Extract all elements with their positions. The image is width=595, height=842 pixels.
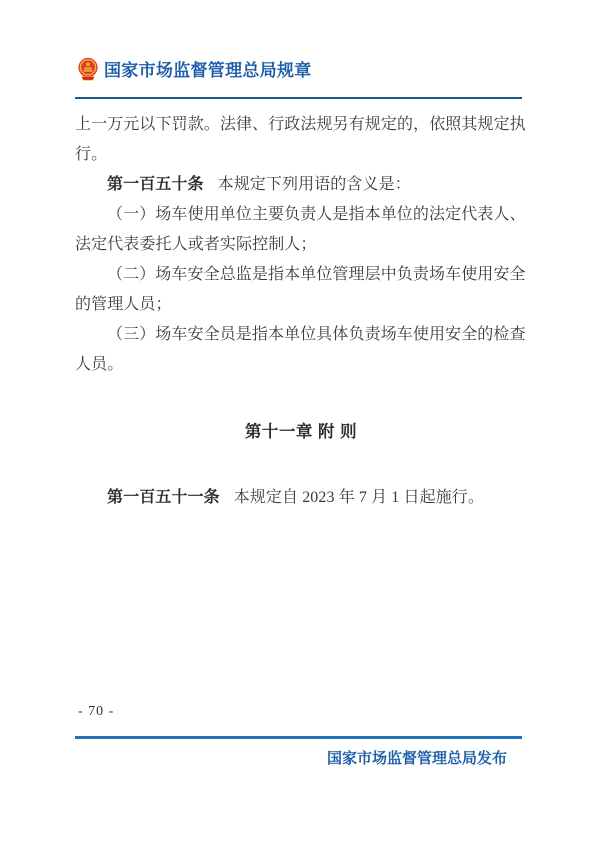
line-text: 法定代表委托人或者实际控制人； (75, 236, 317, 253)
line-text: （一）场车使用单位主要负责人是指本单位的法定代表人、 (107, 206, 526, 223)
line-text: 的管理人员； (75, 296, 172, 313)
line-text: 行。 (75, 146, 107, 163)
footer-rule (75, 736, 522, 739)
body-line: 的管理人员； (75, 290, 527, 320)
chapter-heading: 第十一章 附 则 (75, 417, 527, 447)
body-line: 第一百五十条本规定下列用语的含义是： (75, 170, 527, 200)
body-line: （三）场车安全员是指本单位具体负责场车使用安全的检查 (75, 320, 527, 350)
body-line: 行。 (75, 140, 527, 170)
line-text: 上一万元以下罚款。法律、行政法规另有规定的，依照其规定执 (75, 116, 526, 133)
header-rule (75, 97, 522, 99)
page-number: - 70 - (78, 704, 114, 720)
line-text: 本规定自 2023 年 7 月 1 日起施行。 (234, 489, 484, 506)
body-line: 上一万元以下罚款。法律、行政法规另有规定的，依照其规定执 (75, 110, 527, 140)
footer-publisher: 国家市场监督管理总局发布 (327, 747, 507, 768)
line-text: （三）场车安全员是指本单位具体负责场车使用安全的检查 (107, 326, 526, 343)
article-number: 第一百五十一条 (107, 489, 220, 506)
body-line: （一）场车使用单位主要负责人是指本单位的法定代表人、 (75, 200, 527, 230)
document-body: 上一万元以下罚款。法律、行政法规另有规定的，依照其规定执 行。 第一百五十条本规… (75, 110, 527, 513)
header-title: 国家市场监督管理总局规章 (104, 56, 312, 81)
line-text: （二）场车安全总监是指本单位管理层中负责场车使用安全 (107, 266, 526, 283)
line-text: 本规定下列用语的含义是： (218, 176, 411, 193)
page-header: 国家市场监督管理总局规章 (77, 56, 524, 81)
china-national-emblem-icon (77, 57, 99, 81)
document-page: 国家市场监督管理总局规章 上一万元以下罚款。法律、行政法规另有规定的，依照其规定… (0, 0, 595, 842)
body-line: 法定代表委托人或者实际控制人； (75, 230, 527, 260)
body-line: 人员。 (75, 350, 527, 380)
line-text: 人员。 (75, 356, 123, 373)
body-line: （二）场车安全总监是指本单位管理层中负责场车使用安全 (75, 260, 527, 290)
body-line: 第一百五十一条本规定自 2023 年 7 月 1 日起施行。 (75, 483, 527, 513)
article-number: 第一百五十条 (107, 176, 204, 193)
